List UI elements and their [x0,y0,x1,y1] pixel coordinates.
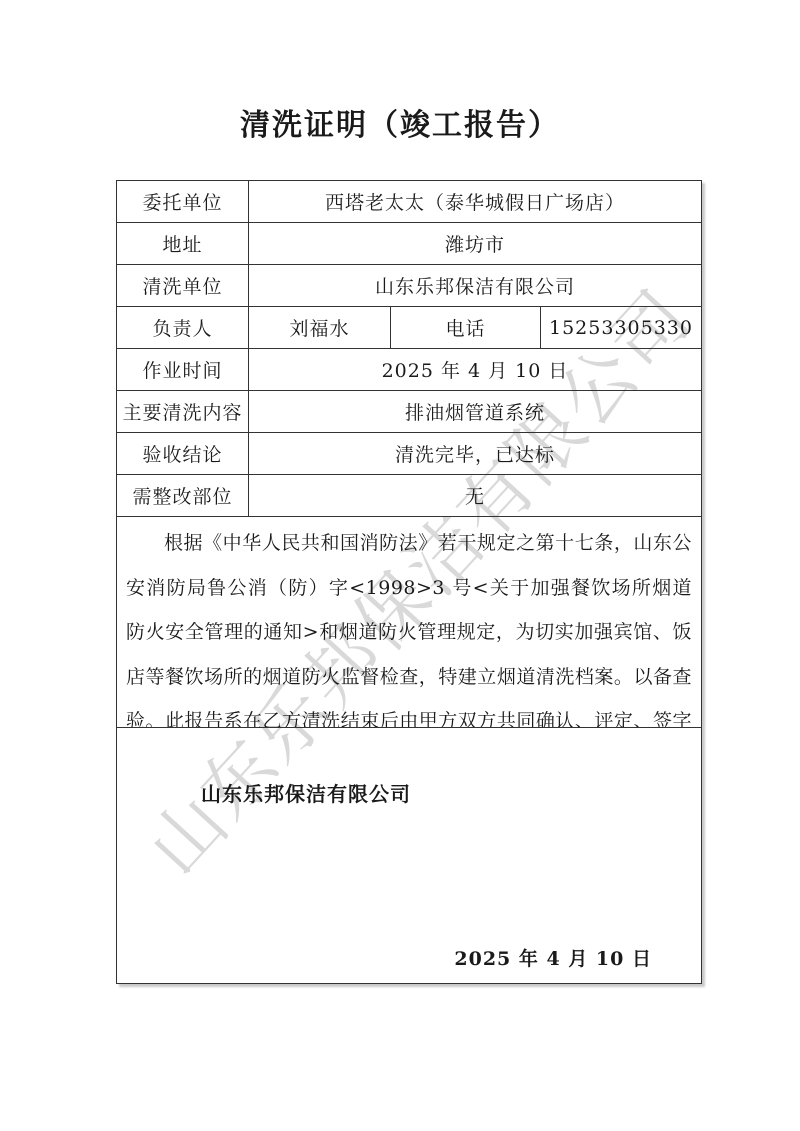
client-unit-label: 委托单位 [117,181,249,222]
work-date-label: 作业时间 [117,349,249,390]
rectification-value: 无 [249,475,701,516]
cleaning-unit-label: 清洗单位 [117,265,249,306]
cleaning-content-label: 主要清洗内容 [117,391,249,432]
regulation-note: 根据《中华人民共和国消防法》若干规定之第十七条，山东公安消防局鲁公消（防）字<1… [126,521,692,728]
acceptance-conclusion-value: 清洗完毕，已达标 [249,433,701,474]
document-title: 清洗证明（竣工报告） [0,100,800,144]
table-row-person-in-charge: 负责人 刘福水 电话 15253305330 [117,307,701,349]
report-table: 委托单位 西塔老太太（泰华城假日广场店） 地址 潍坊市 清洗单位 山东乐邦保洁有… [116,180,702,984]
acceptance-conclusion-label: 验收结论 [117,433,249,474]
person-in-charge-label: 负责人 [117,307,249,348]
address-value: 潍坊市 [249,223,701,264]
signature-cell: 山东乐邦保洁有限公司 2025 年 4 月 10 日 [117,728,701,983]
table-row-address: 地址 潍坊市 [117,223,701,265]
phone-label: 电话 [391,307,541,348]
phone-value: 15253305330 [541,307,701,348]
cleaning-unit-value: 山东乐邦保洁有限公司 [249,265,701,306]
table-row-cleaning-content: 主要清洗内容 排油烟管道系统 [117,391,701,433]
signature-company: 山东乐邦保洁有限公司 [201,778,411,807]
work-date-value: 2025 年 4 月 10 日 [249,349,701,390]
cleaning-content-value: 排油烟管道系统 [249,391,701,432]
person-in-charge-value: 刘福水 [249,307,391,348]
signature-date: 2025 年 4 月 10 日 [454,944,652,971]
table-row-work-date: 作业时间 2025 年 4 月 10 日 [117,349,701,391]
rectification-label: 需整改部位 [117,475,249,516]
client-unit-value: 西塔老太太（泰华城假日广场店） [249,181,701,222]
regulation-note-cell: 根据《中华人民共和国消防法》若干规定之第十七条，山东公安消防局鲁公消（防）字<1… [117,517,701,728]
table-row-cleaning-unit: 清洗单位 山东乐邦保洁有限公司 [117,265,701,307]
table-row-client-unit: 委托单位 西塔老太太（泰华城假日广场店） [117,181,701,223]
table-row-rectification: 需整改部位 无 [117,475,701,517]
table-row-acceptance-conclusion: 验收结论 清洗完毕，已达标 [117,433,701,475]
document-page: 山东乐邦保洁有限公司 清洗证明（竣工报告） 委托单位 西塔老太太（泰华城假日广场… [0,0,800,1131]
address-label: 地址 [117,223,249,264]
